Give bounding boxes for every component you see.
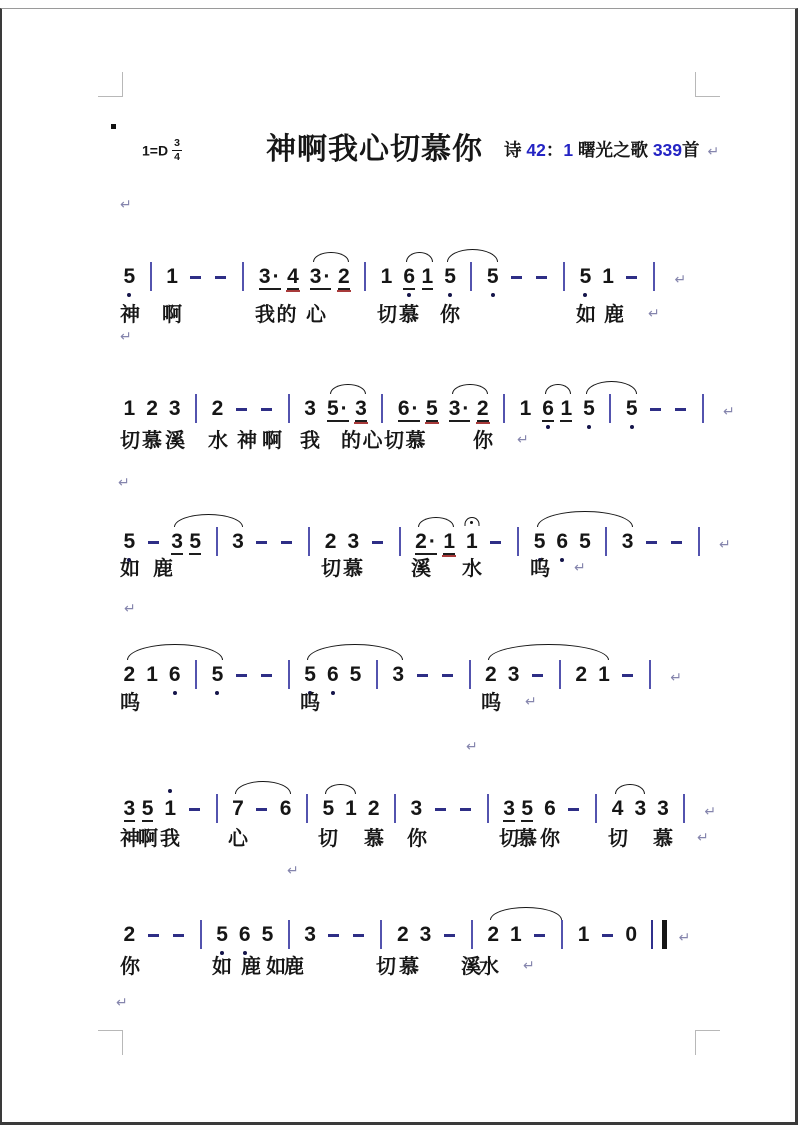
subtitle-number: 339 [653, 140, 682, 160]
lyric-syllable: 水 [479, 950, 501, 979]
note-digit: 5 [444, 265, 456, 290]
lyric-syllable: 啊 [138, 822, 160, 851]
note-digit: 5 [487, 265, 499, 290]
note-digit: 6 [544, 797, 556, 822]
lyric-syllable: 心 [306, 298, 328, 327]
paragraph-return-mark: ↵ [670, 666, 682, 688]
lyric-syllable: 鹿 [153, 552, 175, 581]
paragraph-return-mark: ↵ [120, 196, 132, 213]
subtitle-text: 首 [682, 140, 700, 160]
lyric-syllable: 慕 [653, 822, 675, 851]
barline [288, 394, 290, 423]
dash-note-extension [441, 663, 454, 688]
lyric-syllable: 慕 [343, 552, 365, 581]
dash-note-extension [172, 923, 185, 948]
dash-note-extension [674, 397, 687, 422]
dash-note-extension [327, 923, 340, 948]
low-octave-dot [127, 293, 131, 297]
dash-note-extension [459, 797, 472, 822]
note-digit: 1 [520, 397, 532, 422]
barline [469, 660, 471, 689]
paragraph-return-mark: ↵ [574, 556, 586, 578]
barline [702, 394, 704, 423]
note-digit: 7 [232, 797, 244, 822]
paragraph-return-mark: ↵ [517, 428, 529, 450]
dash-note-extension [567, 797, 580, 822]
note-digit: 2 [212, 397, 224, 422]
paragraph-return-mark: ↵ [118, 474, 130, 491]
note-digit: 3· [310, 265, 332, 290]
lyric-syllable: 慕 [399, 950, 421, 979]
note-digit: 1 [146, 663, 158, 688]
note-digit: 3 [420, 923, 432, 948]
note-digit: 3 [124, 797, 136, 822]
lyric-syllable: 鹿 [241, 950, 263, 979]
note-digit: 0 [625, 923, 637, 948]
paragraph-return-mark: ↵ [708, 143, 720, 159]
key-label: 1=D [142, 143, 168, 159]
lyric-syllable: 切 [608, 822, 630, 851]
paragraph-return-mark: ↵ [723, 400, 735, 422]
note-digit: 5 [142, 797, 154, 822]
dash-note-extension [621, 663, 634, 688]
note-digit: 3 [355, 397, 367, 422]
note-digit: 5 [216, 923, 228, 948]
subtitle-text: 曙光之歌 [573, 140, 653, 160]
anchor-square-bullet [111, 124, 116, 129]
time-signature: 34 [172, 138, 182, 162]
dash-note-extension [260, 663, 273, 688]
note-digit: 2 [487, 923, 499, 948]
dash-note-extension [625, 265, 638, 290]
dash-note-extension [147, 923, 160, 948]
dash-note-extension [649, 397, 662, 422]
barline [216, 794, 218, 823]
lyrics-line-3[interactable]: 如鹿切慕溪水呜↵ [118, 552, 758, 580]
lyric-syllable: 切 [120, 424, 142, 453]
dash-note-extension [601, 923, 614, 948]
lyric-syllable: 溪 [165, 424, 187, 453]
fermata-icon [464, 517, 479, 526]
note-digit: 2 [124, 663, 136, 688]
barline [288, 660, 290, 689]
lyric-syllable: 如 [120, 552, 142, 581]
lyric-syllable: 呜 [481, 686, 503, 715]
meter-denominator: 4 [172, 151, 182, 163]
note-digit: 3 [657, 797, 669, 822]
margin-crop-mark-bottom-left [98, 1030, 123, 1055]
lyric-syllable: 水 [208, 424, 230, 453]
note-digit: 5 [212, 663, 224, 688]
lyric-syllable: 啊 [162, 298, 184, 327]
barline [470, 262, 472, 291]
note-digit: 1 [381, 265, 393, 290]
dash-note-extension [188, 797, 201, 822]
margin-crop-mark-top-left [98, 72, 123, 97]
lyric-syllable: 切 [321, 552, 343, 581]
note-digit: 5 [350, 663, 362, 688]
lyric-syllable: 我的 [255, 298, 298, 327]
high-octave-dot [168, 789, 172, 793]
music-line-2[interactable]: 123235·36·53·216155↵ [118, 372, 758, 430]
note-digit: 2 [485, 663, 497, 688]
lyric-syllable: 慕 [517, 822, 539, 851]
lyric-syllable: 我 [160, 822, 182, 851]
subtitle-number: 1 [563, 140, 573, 160]
dash-note-extension [352, 923, 365, 948]
barline [195, 660, 197, 689]
dash-note-extension [260, 397, 273, 422]
lyric-syllable: 鹿 [604, 298, 626, 327]
lyric-syllable: 神 [120, 298, 142, 327]
barline [595, 794, 597, 823]
dash-note-extension [510, 265, 523, 290]
barline [683, 794, 685, 823]
song-subtitle[interactable]: 诗 42：1 曙光之歌 339首↵ [504, 137, 719, 162]
note-digit: 6 [327, 663, 339, 688]
note-digit: 3· [259, 265, 281, 290]
note-digit: 3 [304, 397, 316, 422]
paragraph-return-mark: ↵ [525, 690, 537, 712]
note-digit: 2 [477, 397, 489, 422]
note-digit: 6 [169, 663, 181, 688]
note-digit: 6 [239, 923, 251, 948]
barline [394, 794, 396, 823]
paragraph-return-mark: ↵ [116, 994, 128, 1011]
meter-numerator: 3 [172, 138, 182, 151]
note-digit: 5 [322, 797, 334, 822]
lyric-syllable: 溪 [411, 552, 433, 581]
lyric-syllable: 慕 [399, 298, 421, 327]
lyric-syllable: 呜 [530, 552, 552, 581]
note-digit: 5 [583, 397, 595, 422]
note-digit: 6 [542, 397, 554, 422]
note-digit: 1 [124, 397, 136, 422]
note-digit: 1 [345, 797, 357, 822]
paragraph-return-mark: ↵ [674, 268, 686, 290]
dash-note-extension [214, 265, 227, 290]
lyrics-line-2[interactable]: 切慕溪水神啊我的心切慕你↵ [118, 424, 758, 452]
lyric-syllable: 你 [473, 424, 495, 453]
note-digit: 1 [602, 265, 614, 290]
lyric-syllable: 心 [228, 822, 250, 851]
barline [653, 262, 655, 291]
note-digit: 3 [304, 923, 316, 948]
barline [381, 394, 383, 423]
note-digit: 2 [146, 397, 158, 422]
barline [380, 920, 382, 949]
note-digit: 4 [287, 265, 299, 290]
note-digit: 6· [398, 397, 420, 422]
subtitle-number: 42 [526, 140, 545, 160]
dash-note-extension [434, 797, 447, 822]
note-digit: 1 [422, 265, 434, 290]
lyric-syllable: 如 [576, 298, 598, 327]
note-digit: 1 [598, 663, 610, 688]
dash-note-extension [443, 923, 456, 948]
paragraph-return-mark: ↵ [523, 954, 535, 976]
lyric-syllable: 慕 [142, 424, 164, 453]
lyrics-line-6[interactable]: 你如鹿如鹿切慕溪水↵ [118, 950, 758, 978]
lyric-syllable: 你 [440, 298, 462, 327]
note-digit: 5· [327, 397, 349, 422]
lyrics-line-4[interactable]: 呜呜呜↵ [118, 686, 758, 714]
margin-crop-mark-bottom-right [695, 1030, 720, 1055]
barline [561, 920, 563, 949]
low-octave-dot [491, 293, 495, 297]
low-octave-dot [407, 293, 411, 297]
note-digit: 3 [503, 797, 515, 822]
barline [609, 394, 611, 423]
barline [200, 920, 202, 949]
song-title[interactable]: 神啊我心切慕你 [266, 124, 483, 168]
note-digit: 2 [338, 265, 350, 290]
lyric-syllable: 你 [407, 822, 429, 851]
lyric-syllable: 啊 [262, 424, 284, 453]
dash-note-extension [189, 265, 202, 290]
low-octave-dot [448, 293, 452, 297]
note-digit: 2 [575, 663, 587, 688]
lyrics-line-5[interactable]: 神啊我心切慕你切慕你切慕↵ [118, 822, 758, 850]
note-digit: 5 [521, 797, 533, 822]
note-digit: 1 [510, 923, 522, 948]
note-digit: 1 [560, 397, 572, 422]
low-octave-dot [583, 293, 587, 297]
dash-note-extension [535, 265, 548, 290]
note-digit: 3 [392, 663, 404, 688]
dash-note-extension [235, 397, 248, 422]
paragraph-return-mark: ↵ [648, 302, 660, 324]
lyrics-line-1[interactable]: 神啊我的心切慕你如鹿↵ [118, 298, 758, 326]
note-digit: 5 [304, 663, 316, 688]
lyric-syllable: 我 [300, 424, 322, 453]
paragraph-return-mark: ↵ [287, 862, 299, 879]
note-digit: 3 [169, 397, 181, 422]
margin-crop-mark-top-right [695, 72, 720, 97]
lyric-syllable: 慕 [364, 822, 386, 851]
note-digit: 5 [626, 397, 638, 422]
barline [376, 660, 378, 689]
barline [150, 262, 152, 291]
barline [503, 394, 505, 423]
lyric-syllable: 切 [376, 950, 398, 979]
paragraph-return-mark: ↵ [120, 328, 132, 345]
note-digit: 1 [166, 265, 178, 290]
lyric-syllable: 切 [318, 822, 340, 851]
subtitle-text: 诗 [504, 140, 526, 160]
note-digit: 1 [164, 797, 176, 822]
barline [487, 794, 489, 823]
barline [288, 920, 290, 949]
barline [471, 920, 473, 949]
paragraph-return-mark: ↵ [697, 826, 709, 848]
note-digit: 3· [449, 397, 471, 422]
lyric-syllable: 水 [462, 552, 484, 581]
final-barline [651, 920, 667, 949]
note-digit: 2 [397, 923, 409, 948]
key-signature[interactable]: 1=D34 [142, 138, 182, 162]
paragraph-return-mark: ↵ [679, 926, 691, 948]
paragraph-return-mark: ↵ [704, 800, 716, 822]
barline [195, 394, 197, 423]
subtitle-text: ： [546, 140, 564, 160]
lyric-syllable: 神 [237, 424, 259, 453]
paragraph-return-mark: ↵ [124, 600, 136, 617]
note-digit: 1 [578, 923, 590, 948]
note-digit: 5 [124, 265, 136, 290]
lyric-syllable: 呜 [120, 686, 142, 715]
paragraph-return-mark: ↵ [466, 738, 478, 755]
note-digit: 3 [508, 663, 520, 688]
note-digit: 6 [403, 265, 415, 290]
dash-note-extension [531, 663, 544, 688]
music-line-6[interactable]: 25653232110↵ [118, 898, 758, 956]
note-digit: 5 [262, 923, 274, 948]
note-digit: 3 [411, 797, 423, 822]
note-digit: 6 [280, 797, 292, 822]
lyric-syllable: 鹿 [284, 950, 306, 979]
dash-note-extension [533, 923, 546, 948]
music-line-1[interactable]: 513·43·21615551↵ [118, 240, 758, 298]
lyric-syllable: 如 [212, 950, 234, 979]
barline [649, 660, 651, 689]
lyric-syllable: 你 [120, 950, 142, 979]
barline [563, 262, 565, 291]
barline [242, 262, 244, 291]
note-digit: 4 [612, 797, 624, 822]
note-digit: 3 [634, 797, 646, 822]
barline [306, 794, 308, 823]
dash-note-extension [255, 797, 268, 822]
barline [559, 660, 561, 689]
note-digit: 2 [124, 923, 136, 948]
note-digit: 5 [580, 265, 592, 290]
note-digit: 2 [368, 797, 380, 822]
dash-note-extension [416, 663, 429, 688]
word-document-page: 1=D34 神啊我心切慕你 诗 42：1 曙光之歌 339首↵ 513·43·2… [0, 0, 800, 1129]
lyric-syllable: 呜 [300, 686, 322, 715]
dash-note-extension [235, 663, 248, 688]
note-digit: 5 [426, 397, 438, 422]
barline [364, 262, 366, 291]
lyric-syllable: 切 [377, 298, 399, 327]
lyric-syllable: 你 [540, 822, 562, 851]
lyric-syllable: 的心切慕 [341, 424, 427, 453]
